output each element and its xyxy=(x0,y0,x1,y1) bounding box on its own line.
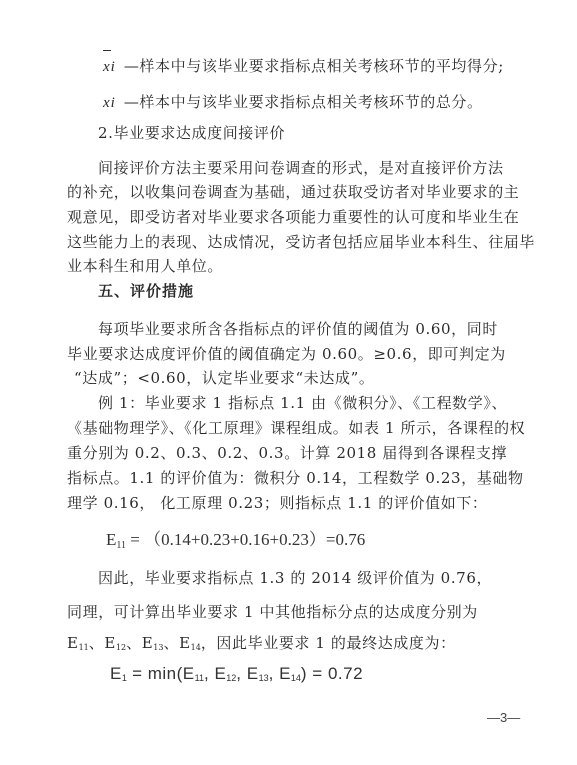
section-title-indirect-evaluation: 2.毕业要求达成度间接评价 xyxy=(98,124,285,142)
paragraph-line: 毕业要求达成度评价值的阈值确定为 0.60。≥0.6，即可判定为 xyxy=(67,345,506,363)
similarly-line: 同理，可计算出毕业要求 1 中其他指标分点的达成度分别为 xyxy=(67,603,478,621)
conclusion-line: 因此，毕业要求指标点 1.3 的 2014 级评价值为 0.76， xyxy=(98,569,492,587)
example-line: 指标点。1.1 的评价值为：微积分 0.14，工程数学 0.23，基础物 xyxy=(67,469,524,487)
e-base: E xyxy=(183,664,195,683)
definition-text: —样本中与该毕业要求指标点相关考核环节的总分。 xyxy=(124,93,483,111)
paragraph-line: “达成”；<0.60，认定毕业要求“未达成”。 xyxy=(74,369,374,387)
e-base: E xyxy=(67,634,79,652)
e-list-tail: ，因此毕业要求 1 的最终达成度为： xyxy=(201,634,456,652)
definition-average: xi—样本中与该毕业要求指标点相关考核环节的平均得分; xyxy=(103,57,504,76)
paragraph-line: 这些能力上的表现、达成情况，受访者包括应届毕业本科生、往届毕 xyxy=(67,233,535,251)
separator: 、 xyxy=(163,634,179,652)
e-sub: 12 xyxy=(226,673,236,683)
e-sub: 12 xyxy=(116,643,126,652)
e-base: E xyxy=(247,664,259,683)
e-sub: 11 xyxy=(79,643,89,652)
e-base: E xyxy=(104,634,116,652)
formula-lhs-sub: 11 xyxy=(116,540,126,551)
e-base: E xyxy=(179,634,191,652)
comma: , xyxy=(236,664,246,683)
formula-e11: E11 = （0.14+0.23+0.16+0.23）=0.76 xyxy=(106,525,365,551)
separator: 、 xyxy=(126,634,142,652)
formula-rhs: = （0.14+0.23+0.16+0.23）=0.76 xyxy=(126,530,365,549)
symbol-xi-bar: xi xyxy=(103,59,116,75)
symbol-xi: xi xyxy=(103,95,116,111)
formula-result: ) = 0.72 xyxy=(301,664,363,683)
e-sub: 11 xyxy=(195,673,204,683)
example-line: 例 1：毕业要求 1 指标点 1.1 由《微积分》、《工程数学》、 xyxy=(98,394,507,412)
definition-total: xi—样本中与该毕业要求指标点相关考核环节的总分。 xyxy=(103,93,483,112)
definition-text: —样本中与该毕业要求指标点相关考核环节的平均得分; xyxy=(124,57,504,75)
document-page: xi—样本中与该毕业要求指标点相关考核环节的平均得分; xi—样本中与该毕业要求… xyxy=(0,0,577,765)
overbar-mark xyxy=(103,50,111,51)
paragraph-line: 业本科生和用人单位。 xyxy=(67,257,223,275)
comma: , xyxy=(204,664,214,683)
page-number: —3— xyxy=(487,710,520,725)
example-line: 理学 0.16， 化工原理 0.23；则指标点 1.1 的评价值如下： xyxy=(67,494,488,512)
e-sub: 13 xyxy=(153,643,163,652)
paragraph-line: 的补充，以收集问卷调查为基础，通过获取受访者对毕业要求的主 xyxy=(67,183,519,201)
paragraph-line: 间接评价方法主要采用问卷调查的形式，是对直接评价方法 xyxy=(98,159,504,177)
e-sub: 13 xyxy=(259,673,269,683)
e-sub: 14 xyxy=(191,643,201,652)
formula-min: = min( xyxy=(127,664,183,683)
e-base: E xyxy=(214,664,226,683)
e-base: E xyxy=(142,634,154,652)
formula-lhs: E xyxy=(110,664,122,683)
section-heading-evaluation-measures: 五、评价措施 xyxy=(98,282,194,300)
example-line: 重分别为 0.2、0.3、0.2、0.3。计算 2018 届得到各课程支撑 xyxy=(67,444,507,462)
formula-e1-min: E1 = min(E11, E12, E13, E14) = 0.72 xyxy=(110,664,363,684)
example-line: 《基础物理学》、《化工原理》课程组成。如表 1 所示，各课程的权 xyxy=(67,419,525,437)
e-sub: 14 xyxy=(291,673,301,683)
comma: , xyxy=(269,664,279,683)
formula-lhs: E xyxy=(106,530,116,549)
e-list-line: E11、E12、E13、E14，因此毕业要求 1 的最终达成度为： xyxy=(67,634,456,657)
paragraph-line: 每项毕业要求所含各指标点的评价值的阈值为 0.60，同时 xyxy=(98,320,498,338)
separator: 、 xyxy=(89,634,105,652)
e-base: E xyxy=(279,664,291,683)
paragraph-line: 观意见，即受访者对毕业要求各项能力重要性的认可度和毕业生在 xyxy=(67,208,519,226)
